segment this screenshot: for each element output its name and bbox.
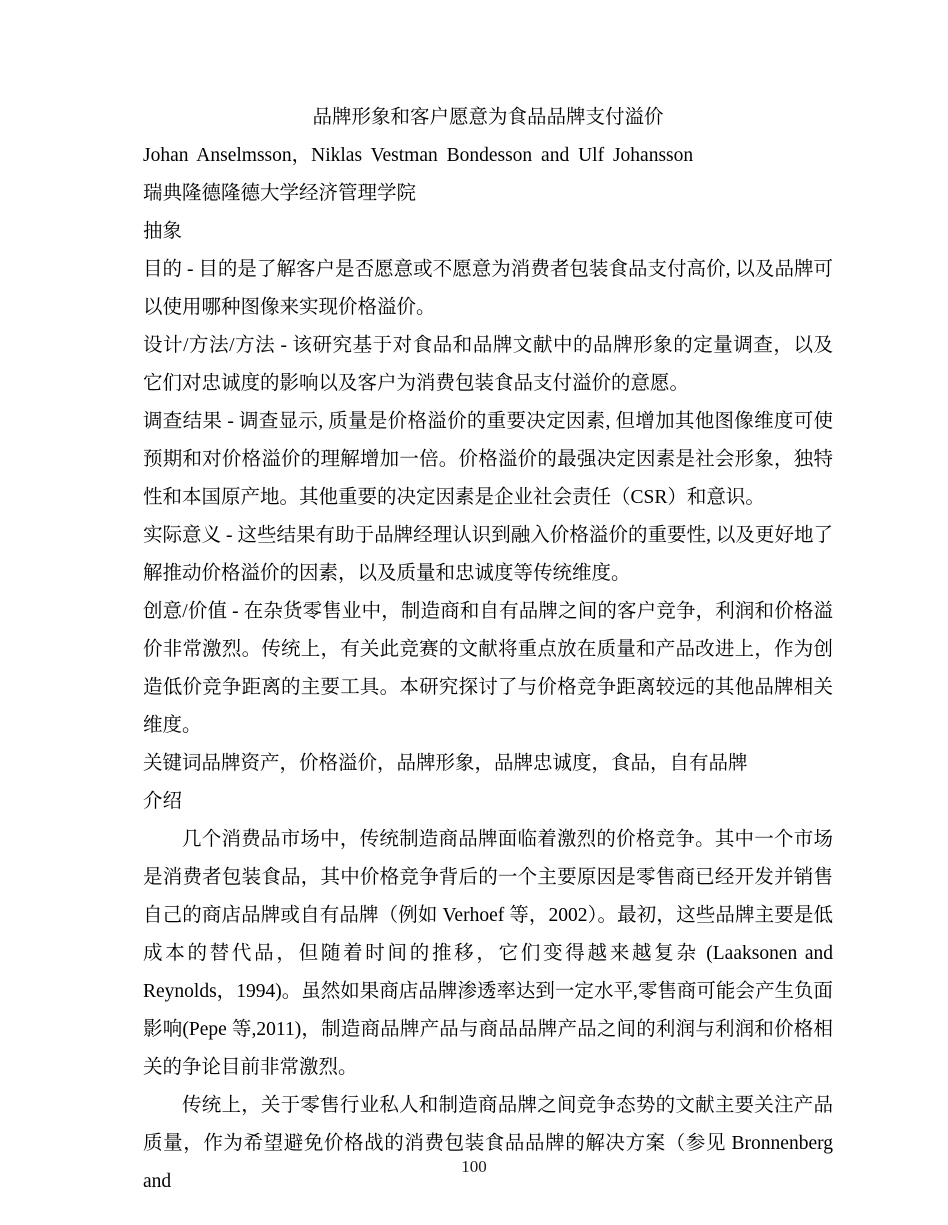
- paragraph: 调查结果 - 调查显示, 质量是价格溢价的重要决定因素, 但增加其他图像维度可使…: [143, 403, 833, 517]
- paragraph: 创意/价值 - 在杂货零售业中，制造商和自有品牌之间的客户竞争，利润和价格溢价非…: [143, 593, 833, 745]
- affiliation-line: 瑞典隆德隆德大学经济管理学院: [143, 175, 833, 213]
- introduction-heading: 介绍: [143, 783, 833, 821]
- abstract-heading: 抽象: [143, 213, 833, 251]
- page-content: 品牌形象和客户愿意为食品品牌支付溢价 Johan Anselmsson，Nikl…: [143, 99, 833, 1201]
- introduction-section: 几个消费品市场中，传统制造商品牌面临着激烈的价格竞争。其中一个市场是消费者包装食…: [143, 821, 833, 1201]
- paragraph: 传统上，关于零售行业私人和制造商品牌之间竞争态势的文献主要关注产品质量，作为希望…: [143, 1087, 833, 1201]
- paper-page: 品牌形象和客户愿意为食品品牌支付溢价 Johan Anselmsson，Nikl…: [0, 0, 948, 1225]
- keywords-line: 关键词品牌资产，价格溢价，品牌形象，品牌忠诚度，食品，自有品牌: [143, 745, 833, 783]
- paragraph: 几个消费品市场中，传统制造商品牌面临着激烈的价格竞争。其中一个市场是消费者包装食…: [143, 821, 833, 1087]
- paragraph: 目的 - 目的是了解客户是否愿意或不愿意为消费者包装食品支付高价, 以及品牌可以…: [143, 251, 833, 327]
- paragraph: 设计/方法/方法 - 该研究基于对食品和品牌文献中的品牌形象的定量调查，以及它们…: [143, 327, 833, 403]
- page-number: 100: [0, 1156, 948, 1178]
- paper-title: 品牌形象和客户愿意为食品品牌支付溢价: [143, 99, 833, 137]
- paragraph: 实际意义 - 这些结果有助于品牌经理认识到融入价格溢价的重要性, 以及更好地了解…: [143, 517, 833, 593]
- abstract-section: 目的 - 目的是了解客户是否愿意或不愿意为消费者包装食品支付高价, 以及品牌可以…: [143, 251, 833, 745]
- authors-line: Johan Anselmsson，Niklas Vestman Bondesso…: [143, 137, 833, 175]
